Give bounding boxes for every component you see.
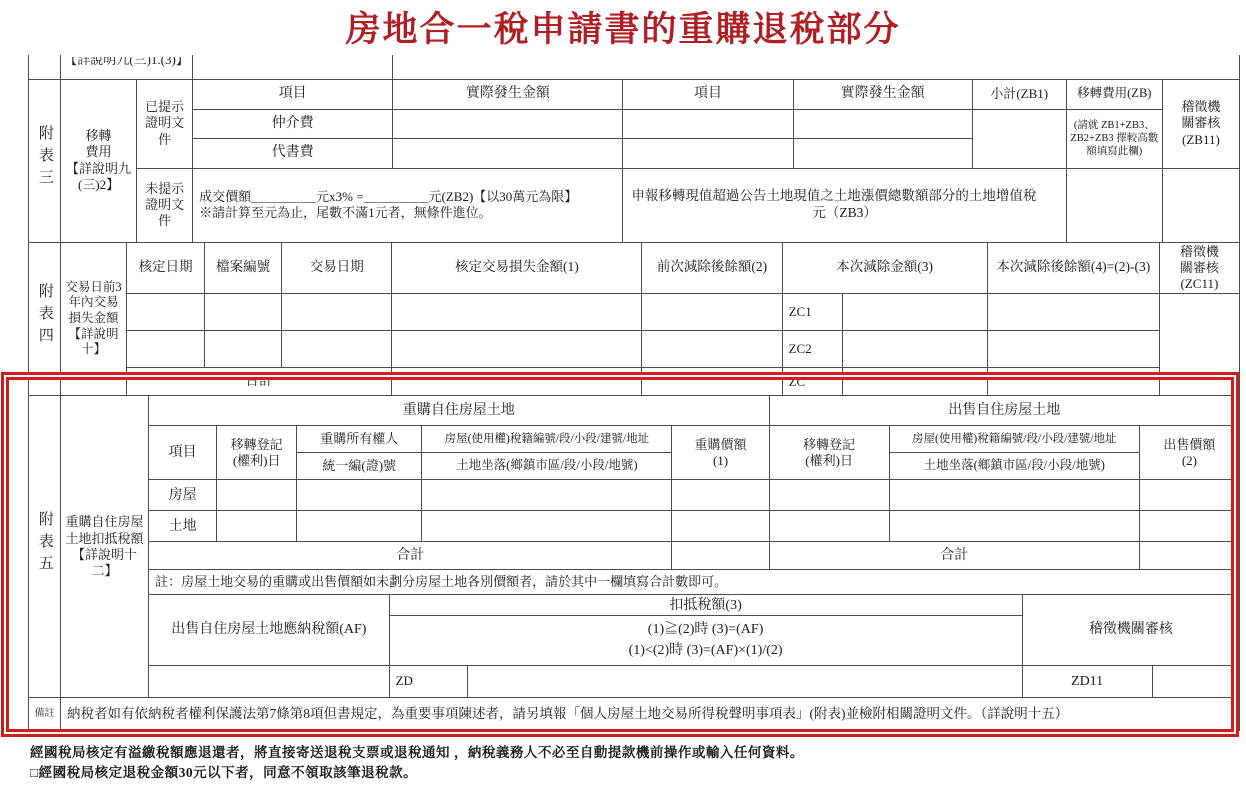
buy-house-addr-header: 房屋(使用權)稅籍編號/段/小段/建號/地址	[422, 426, 672, 453]
empty-cell	[642, 368, 782, 396]
empty-cell	[149, 665, 389, 697]
empty-cell	[282, 331, 392, 368]
af-tax-label: 出售自住房屋土地應納稅額(AF)	[149, 595, 389, 665]
current-deduction-header: 本次減除金額(3)	[782, 242, 987, 294]
code-zc: ZC	[782, 368, 842, 396]
empty-cell	[29, 55, 61, 79]
empty-cell	[392, 294, 642, 331]
code-zc1: ZC1	[782, 294, 842, 331]
code-zd: ZD	[389, 665, 467, 697]
prev-balance-header: 前次減除後餘額(2)	[642, 242, 782, 294]
empty-cell	[1152, 665, 1239, 697]
sell-house-addr-header: 房屋(使用權)稅籍編號/段/小段/建號/地址	[889, 426, 1139, 453]
sell-section-header: 出售自住房屋土地	[769, 396, 1239, 426]
empty-cell	[205, 294, 282, 331]
clipped-label-text: 改良土地之費用	[195, 57, 390, 61]
broker-fee-label: 仲介費	[193, 109, 393, 138]
schedule4-total-label: 合計	[127, 368, 392, 396]
empty-cell	[217, 480, 297, 511]
item-header: 項目	[149, 426, 217, 480]
shown-docs-cell: 已提示證明文件	[137, 79, 193, 168]
empty-cell	[987, 331, 1159, 368]
schedule5-table: 附表五 重購自住房屋土地扣抵稅額 【詳說明十二】 重購自住房屋土地 出售自住房屋…	[28, 395, 1240, 731]
empty-cell	[793, 138, 972, 168]
empty-cell	[422, 511, 672, 542]
buy-owner-header: 重購所有權人	[297, 426, 422, 453]
schedule5-tab-label: 附表五	[35, 511, 54, 577]
transfer-fee-zb-note: (請就 ZB1+ZB3、ZB2+ZB3 擇較高數額填寫此欄)	[1066, 109, 1162, 168]
schedule4-table: 附表四 交易日前3年內交易損失金額 【詳說明十】 核定日期 檔案編號 交易日期 …	[28, 242, 1240, 397]
empty-cell	[889, 480, 1139, 511]
after-balance-header: 本次減除後餘額(4)=(2)-(3)	[987, 242, 1159, 294]
empty-cell	[842, 331, 987, 368]
transfer-fee-label: 移轉費用	[82, 128, 116, 161]
page-title: 房地合一稅申請書的重購退稅部分	[0, 2, 1246, 52]
empty-cell	[623, 109, 793, 138]
empty-cell	[1162, 168, 1239, 242]
empty-cell	[392, 331, 642, 368]
assess-date-header: 核定日期	[127, 242, 205, 294]
empty-cell	[987, 368, 1159, 396]
transfer-fee-note: 【詳說明九(三)2】	[63, 161, 134, 194]
sell-land-addr-header: 土地坐落(鄉鎮市區/段/小段/地號)	[889, 453, 1139, 480]
item-header-1: 項目	[193, 79, 393, 109]
schedule5-row-label-cell: 重購自住房屋土地扣抵稅額 【詳說明十二】	[61, 396, 149, 698]
deal-price-note: ※請計算至元為止，尾數不滿1元者，無條件進位。	[199, 205, 620, 221]
clipped-note-text: 【詳說明九(三)1.(3)】	[63, 57, 190, 68]
empty-cell	[422, 480, 672, 511]
sell-transfer-date-header: 移轉登記 (權利)日	[769, 426, 889, 480]
scrivener-fee-label: 代書費	[193, 138, 393, 168]
amount-header-1: 實際發生金額	[393, 79, 623, 109]
buy-id-header: 統一編(證)號	[297, 453, 422, 480]
empty-cell	[282, 294, 392, 331]
trade-date-header: 交易日期	[282, 242, 392, 294]
footer-notes: 經國稅局核定有溢繳稅額應退還者，將直接寄送退稅支票或退稅通知 ，納稅義務人不必至…	[30, 743, 804, 783]
empty-cell	[467, 665, 1022, 697]
code-zd11: ZD11	[1022, 665, 1152, 697]
schedule4-tab-label: 附表四	[35, 283, 54, 349]
shown-docs-label: 已提示證明文件	[142, 99, 186, 148]
deal-price-formula: 成交價額＿＿＿＿＿元x3% =＿＿＿＿＿元(ZB2)【以30萬元為限】	[199, 189, 620, 205]
deduction-formula-cell: 扣抵稅額(3) (1)≧(2)時 (3)=(AF) (1)<(2)時 (3)=(…	[389, 595, 1022, 665]
deduction-inner-table: 出售自住房屋土地應納稅額(AF) 扣抵稅額(3) (1)≧(2)時 (3)=(A…	[149, 595, 1239, 697]
empty-cell	[205, 331, 282, 368]
scanned-tax-form-page: 房地合一稅申請書的重購退稅部分 【詳說明九(三)1.(3)】 改良土地之費用	[0, 0, 1246, 785]
empty-cell	[793, 109, 972, 138]
assessed-loss-header: 核定交易損失金額(1)	[392, 242, 642, 294]
sell-total-label: 合計	[769, 542, 1139, 570]
repurchase-deduction-label: 重購自住房屋土地扣抵稅額	[63, 514, 146, 547]
land-value-tax-cell: 申報移轉現值超過公告土地現值之土地漲價總數額部分的土地增值稅 元（ZB3）	[623, 168, 1066, 242]
audit-zb11-header: 稽徵機關審核(ZB11)	[1162, 79, 1239, 168]
empty-cell	[672, 480, 769, 511]
schedule5-tab-cell: 附表五	[29, 396, 61, 698]
empty-cell	[127, 294, 205, 331]
remark-text: 納稅者如有依納稅者權利保護法第7條第8項但書規定，為重要事項陳述者，請另填報「個…	[61, 698, 1240, 731]
empty-cell	[769, 511, 889, 542]
clipped-label-cell: 改良土地之費用	[193, 55, 393, 79]
empty-cell	[392, 368, 642, 396]
loss-amount-label: 交易日前3年內交易損失金額	[63, 280, 124, 327]
schedule5-note: 註：房屋土地交易的重購或出售價額如未劃分房屋土地各別價額者，請於其中一欄填寫合計…	[149, 570, 1240, 595]
subtotal-zb1-value-cell	[972, 109, 1066, 168]
empty-cell	[127, 331, 205, 368]
refund-checkbox: □	[30, 765, 39, 780]
land-row-label: 土地	[149, 511, 217, 542]
empty-cell	[623, 138, 793, 168]
schedule3-row-label-cell: 移轉費用 【詳說明九(三)2】	[61, 79, 137, 242]
empty-cell	[842, 368, 987, 396]
empty-cell	[393, 55, 1240, 79]
empty-cell	[769, 480, 889, 511]
empty-cell	[1139, 480, 1239, 511]
sell-price-header: 出售價額 (2)	[1139, 426, 1239, 480]
schedule3-tab-label: 附表三	[35, 125, 54, 191]
schedule3-table: 【詳說明九(三)1.(3)】 改良土地之費用 附表三 移轉費用 【詳說明九(三)…	[28, 55, 1240, 243]
clipped-note-cell: 【詳說明九(三)1.(3)】	[61, 55, 193, 79]
empty-cell	[672, 511, 769, 542]
empty-cell	[297, 480, 422, 511]
item-header-2: 項目	[623, 79, 793, 109]
empty-cell	[987, 294, 1159, 331]
buy-total-label: 合計	[149, 542, 672, 570]
land-value-tax-text: 申報移轉現值超過公告土地現值之土地漲價總數額部分的土地增值稅	[625, 188, 1063, 205]
schedule3-tab-cell: 附表三	[29, 79, 61, 242]
empty-cell	[1066, 168, 1162, 242]
unshown-docs-label: 未提示證明文件	[142, 181, 186, 230]
empty-cell	[393, 109, 623, 138]
footer-line-1: 經國稅局核定有溢繳稅額應退還者，將直接寄送退稅支票或退稅通知 ，納稅義務人不必至…	[30, 743, 804, 763]
buy-land-addr-header: 土地坐落(鄉鎮市區/段/小段/地號)	[422, 453, 672, 480]
empty-cell	[889, 511, 1139, 542]
subtotal-zb1-header: 小計(ZB1)	[972, 79, 1066, 109]
land-value-tax-unit: 元（ZB3）	[625, 205, 1063, 222]
empty-cell	[393, 138, 623, 168]
loss-amount-note: 【詳說明十】	[63, 327, 124, 358]
audit-zc11-header: 稽徵機關審核(ZC11)	[1159, 242, 1239, 294]
form-tables: 【詳說明九(三)1.(3)】 改良土地之費用 附表三 移轉費用 【詳說明九(三)…	[28, 55, 1240, 731]
house-row-label: 房屋	[149, 480, 217, 511]
empty-cell	[672, 542, 769, 570]
buy-price-header: 重購價額 (1)	[672, 426, 769, 480]
empty-cell	[297, 511, 422, 542]
deduction-formulas: (1)≧(2)時 (3)=(AF) (1)<(2)時 (3)=(AF)×(1)/…	[390, 616, 1022, 664]
buy-transfer-date-header: 移轉登記 (權利)日	[217, 426, 297, 480]
schedule4-tab-cell: 附表四	[29, 242, 61, 396]
transfer-fee-zb-header: 移轉費用(ZB)	[1066, 79, 1162, 109]
file-number-header: 檔案編號	[205, 242, 282, 294]
schedule4-row-label-cell: 交易日前3年內交易損失金額 【詳說明十】	[61, 242, 127, 396]
repurchase-deduction-note: 【詳說明十二】	[63, 547, 146, 580]
amount-header-2: 實際發生金額	[793, 79, 972, 109]
footer-line-2: □經國稅局核定退稅金額30元以下者，同意不領取該筆退稅款。	[30, 763, 804, 783]
unshown-docs-cell: 未提示證明文件	[137, 168, 193, 242]
audit-zc11-value-cell	[1159, 294, 1239, 396]
buy-section-header: 重購自住房屋土地	[149, 396, 770, 426]
empty-cell	[642, 294, 782, 331]
empty-cell	[1139, 542, 1239, 570]
empty-cell	[1139, 511, 1239, 542]
remark-label: 備註	[29, 698, 61, 731]
code-zc2: ZC2	[782, 331, 842, 368]
empty-cell	[642, 331, 782, 368]
deal-price-formula-cell: 成交價額＿＿＿＿＿元x3% =＿＿＿＿＿元(ZB2)【以30萬元為限】 ※請計算…	[193, 168, 623, 242]
schedule5-audit-label: 稽徵機關審核	[1022, 595, 1239, 665]
empty-cell	[217, 511, 297, 542]
empty-cell	[842, 294, 987, 331]
deduction-block-cell: 出售自住房屋土地應納稅額(AF) 扣抵稅額(3) (1)≧(2)時 (3)=(A…	[149, 595, 1240, 698]
deduction-header: 扣抵稅額(3)	[390, 596, 1022, 617]
